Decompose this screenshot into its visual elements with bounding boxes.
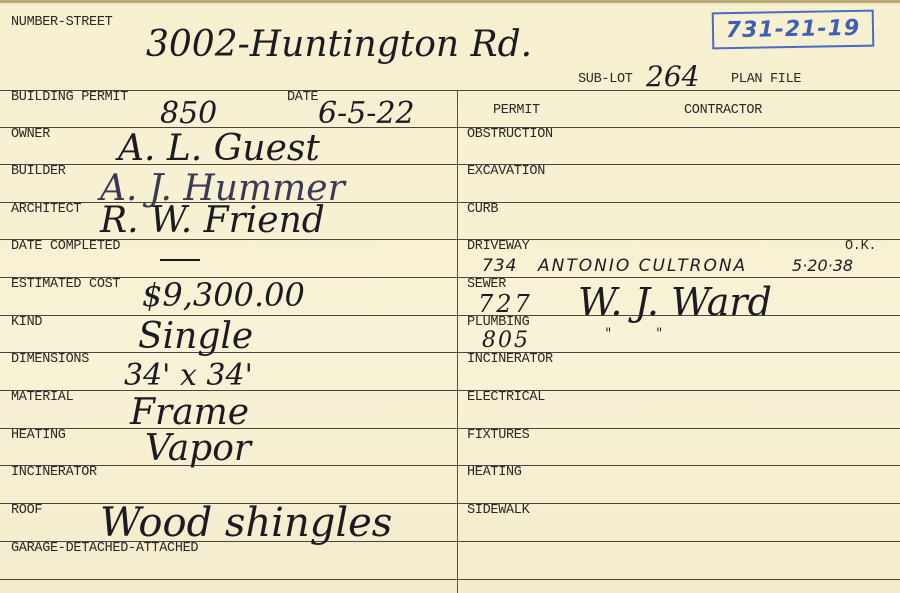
field-label-kind: KIND	[11, 315, 42, 330]
field-label-builder: BUILDER	[11, 164, 66, 179]
field-label-garage: GARAGE-DETACHED-ATTACHED	[11, 541, 198, 556]
field-label-material: MATERIAL	[11, 390, 73, 405]
field-value-material: Frame	[130, 392, 249, 433]
sub-lot-label: SUB-LOT	[578, 72, 633, 87]
field-value-kind: Single	[138, 316, 253, 357]
plumbing-contractor-ditto: " "	[605, 326, 662, 342]
permit-label-driveway: DRIVEWAY	[467, 239, 529, 254]
permit-label-incinerator: INCINERATOR	[467, 352, 553, 367]
date-value: 6-5-22	[318, 96, 415, 131]
field-value-owner: A. L. Guest	[118, 128, 320, 169]
divider-rule	[0, 465, 900, 466]
field-label-dimensions: DIMENSIONS	[11, 352, 89, 367]
divider-rule	[0, 90, 900, 91]
sub-lot-value: 264	[646, 60, 699, 93]
building-permit-value: 850	[160, 96, 217, 131]
field-value-heating: Vapor	[145, 428, 251, 469]
field-value-architect: R. W. Friend	[100, 200, 325, 241]
card-top-edge	[0, 0, 900, 3]
field-value-roof: Wood shingles	[100, 500, 392, 546]
permit-column-header: PERMIT	[493, 103, 540, 118]
permit-label-heating: HEATING	[467, 465, 522, 480]
field-value-dimensions: 34' x 34'	[124, 358, 253, 393]
column-divider	[457, 90, 458, 593]
sewer-permit-number: 727	[478, 290, 533, 318]
driveway-ok-note: O.K.	[845, 239, 876, 254]
contractor-column-header: CONTRACTOR	[684, 103, 762, 118]
record-number-stamp: 731-21-19	[712, 10, 875, 50]
permit-label-electrical: ELECTRICAL	[467, 390, 545, 405]
field-label-date-completed: DATE COMPLETED	[11, 239, 120, 254]
divider-rule	[0, 579, 900, 580]
building-permit-label: BUILDING PERMIT	[11, 90, 128, 105]
permit-label-sidewalk: SIDEWALK	[467, 503, 529, 518]
driveway-contractor: ANTONIO CULTRONA	[538, 256, 747, 276]
date-label: DATE	[287, 90, 318, 105]
field-label-roof: ROOF	[11, 503, 42, 518]
plan-file-label: PLAN FILE	[731, 72, 801, 87]
sewer-contractor: W. J. Ward	[578, 280, 772, 324]
divider-rule	[0, 352, 900, 353]
field-label-architect: ARCHITECT	[11, 202, 81, 217]
driveway-date: 5·20·38	[792, 256, 853, 275]
number-street-label: NUMBER-STREET	[11, 15, 112, 30]
field-value-estimated-cost: $9,300.00	[142, 276, 305, 314]
divider-rule	[0, 277, 900, 278]
field-label-estimated-cost: ESTIMATED COST	[11, 277, 120, 292]
field-value-date-completed-dash	[160, 259, 200, 261]
permit-label-excavation: EXCAVATION	[467, 164, 545, 179]
driveway-permit-number: 734	[482, 256, 517, 276]
building-permit-card: 731-21-19 NUMBER-STREET 3002-Huntington …	[0, 0, 900, 593]
field-label-heating: HEATING	[11, 428, 66, 443]
plumbing-permit-number: 805	[482, 328, 530, 353]
permit-label-obstruction: OBSTRUCTION	[467, 127, 553, 142]
permit-label-fixtures: FIXTURES	[467, 428, 529, 443]
number-street-value: 3002-Huntington Rd.	[146, 24, 532, 65]
permit-label-curb: CURB	[467, 202, 498, 217]
field-label-owner: OWNER	[11, 127, 50, 142]
field-label-incinerator: INCINERATOR	[11, 465, 97, 480]
